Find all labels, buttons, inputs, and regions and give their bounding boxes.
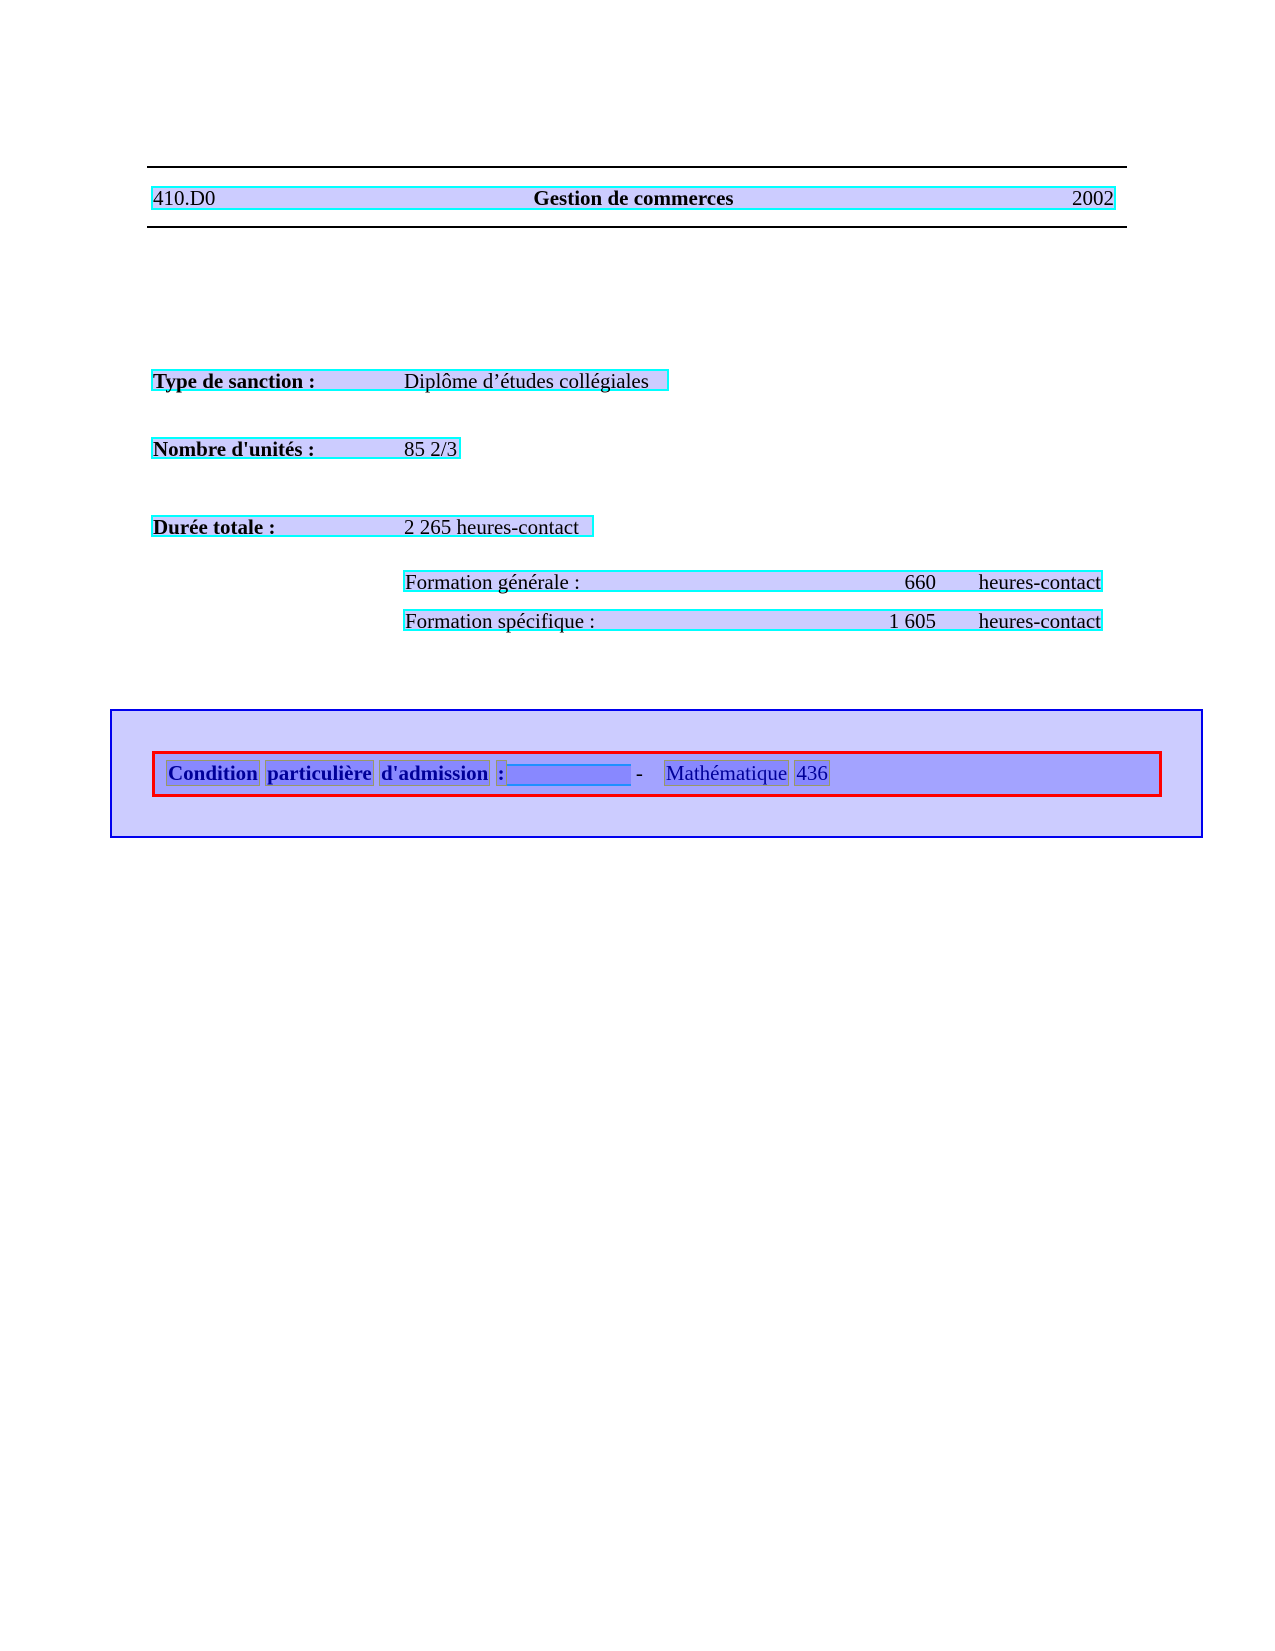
program-header: 410.D0 Gestion de commerces 2002 — [151, 186, 1116, 210]
field-label: Durée totale : — [153, 517, 275, 537]
breakdown-hours: 660 — [905, 572, 937, 592]
word: Condition — [166, 760, 260, 786]
breakdown-unit: heures-contact — [979, 572, 1101, 592]
field-value: 85 2/3 — [404, 439, 457, 459]
field-label: Nombre d'unités : — [153, 439, 315, 459]
admission-condition: Condition particulière d'admission : - M… — [166, 762, 830, 786]
blank-field — [507, 764, 631, 786]
field-label: Type de sanction : — [153, 371, 315, 391]
breakdown-label: Formation générale : — [405, 570, 580, 594]
word: : — [496, 760, 507, 786]
field-units: Nombre d'unités : 85 2/3 — [151, 437, 461, 459]
program-year: 2002 — [1072, 188, 1114, 208]
course-number: 436 — [794, 760, 830, 786]
subject: Mathématique — [664, 760, 789, 786]
field-value: Diplôme d’études collégiales — [404, 371, 649, 391]
breakdown-label: Formation spécifique : — [405, 609, 595, 633]
bottom-rule — [147, 226, 1127, 228]
top-rule — [147, 166, 1127, 168]
field-sanction: Type de sanction : Diplôme d’études coll… — [151, 369, 669, 391]
dash: - — [636, 761, 643, 785]
word: d'admission — [379, 760, 490, 786]
breakdown-specific: Formation spécifique : 1 605 heures-cont… — [403, 609, 1103, 631]
word: particulière — [265, 760, 374, 786]
field-value: 2 265 heures-contact — [404, 517, 579, 537]
field-duration: Durée totale : 2 265 heures-contact — [151, 515, 594, 537]
breakdown-unit: heures-contact — [979, 611, 1101, 631]
breakdown-hours: 1 605 — [889, 611, 936, 631]
breakdown-general: Formation générale : 660 heures-contact — [403, 570, 1103, 592]
program-title: Gestion de commerces — [153, 188, 1114, 208]
